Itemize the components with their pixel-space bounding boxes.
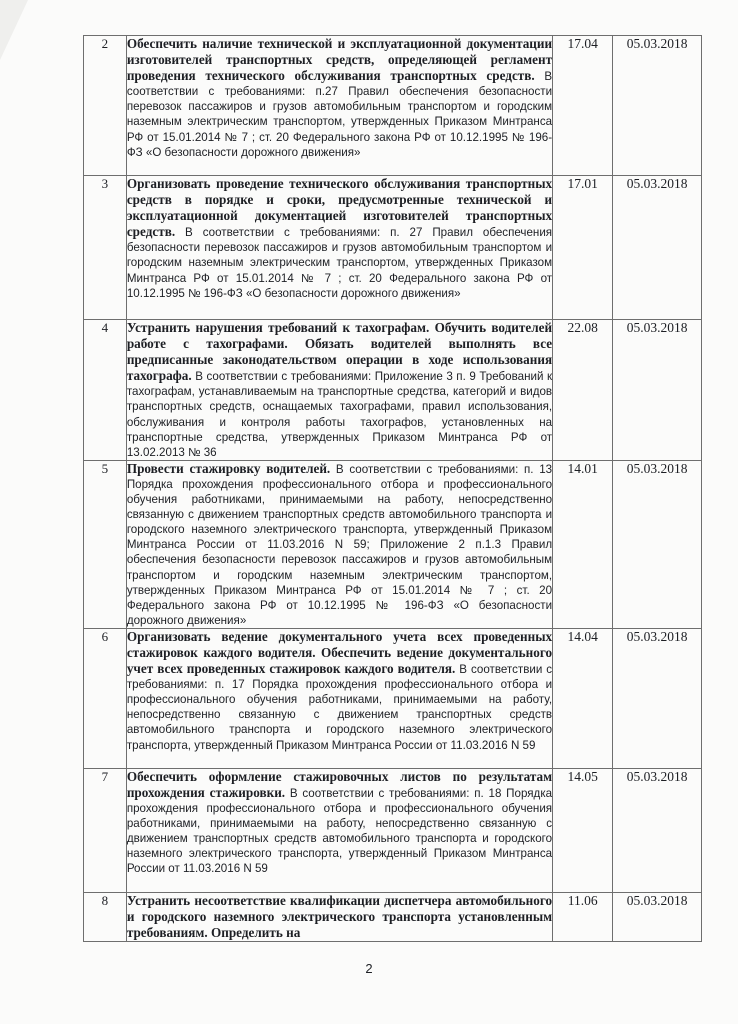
requirement-text: Организовать ведение документального уче… [126,628,552,768]
table-row: 6 Организовать ведение документального у… [84,628,702,768]
term-code: 11.06 [553,892,613,941]
requirement-text: Обеспечить оформление стажировочных лист… [126,768,552,892]
requirement-basis: В соответствии с требованиями: п. 13 Пор… [127,463,552,627]
term-code: 14.01 [553,460,613,628]
term-code: 14.05 [553,768,613,892]
requirement-basis: В соответствии с требованиями: п. 18 Пор… [127,787,552,875]
page-number: 2 [0,961,738,976]
table-row: 2 Обеспечить наличие технической и экспл… [84,36,702,176]
requirement-basis: В соответствии с требованиями: п.27 Прав… [127,70,552,158]
requirement-text: Провести стажировку водителей. В соответ… [126,460,552,628]
table-row: 4 Устранить нарушения требований к тахог… [84,320,702,461]
requirement-text: Устранить несоответствие квалификации ди… [126,892,552,941]
table-row: 3 Организовать проведение технического о… [84,176,702,320]
requirement-text: Устранить нарушения требований к тахогра… [126,320,552,461]
deadline-date: 05.03.2018 [613,768,702,892]
requirement-basis: В соответствии с требованиями: п. 27 Пра… [127,226,552,299]
requirement-title: Обеспечить наличие технической и эксплуа… [127,36,552,83]
deadline-date: 05.03.2018 [613,460,702,628]
table-row: 8 Устранить несоответствие квалификации … [84,892,702,941]
term-code: 17.01 [553,176,613,320]
row-number: 4 [84,320,127,461]
row-number: 8 [84,892,127,941]
deadline-date: 05.03.2018 [613,36,702,176]
deadline-date: 05.03.2018 [613,176,702,320]
row-number: 3 [84,176,127,320]
row-number: 5 [84,460,127,628]
requirements-table: 2 Обеспечить наличие технической и экспл… [83,35,702,942]
table-row: 5 Провести стажировку водителей. В соотв… [84,460,702,628]
requirement-title: Устранить несоответствие квалификации ди… [127,893,552,940]
requirement-title: Провести стажировку водителей. [127,461,330,476]
row-number: 6 [84,628,127,768]
requirement-basis: В соответствии с требованиями: п. 17 Пор… [127,663,552,751]
requirement-text: Организовать проведение технического обс… [126,176,552,320]
term-code: 22.08 [553,320,613,461]
row-number: 7 [84,768,127,892]
deadline-date: 05.03.2018 [613,320,702,461]
page-corner-fold [0,0,28,60]
deadline-date: 05.03.2018 [613,892,702,941]
term-code: 17.04 [553,36,613,176]
table-row: 7 Обеспечить оформление стажировочных ли… [84,768,702,892]
row-number: 2 [84,36,127,176]
requirement-basis: В соответствии с требованиями: Приложени… [127,370,552,458]
requirement-text: Обеспечить наличие технической и эксплуа… [126,36,552,176]
term-code: 14.04 [553,628,613,768]
deadline-date: 05.03.2018 [613,628,702,768]
